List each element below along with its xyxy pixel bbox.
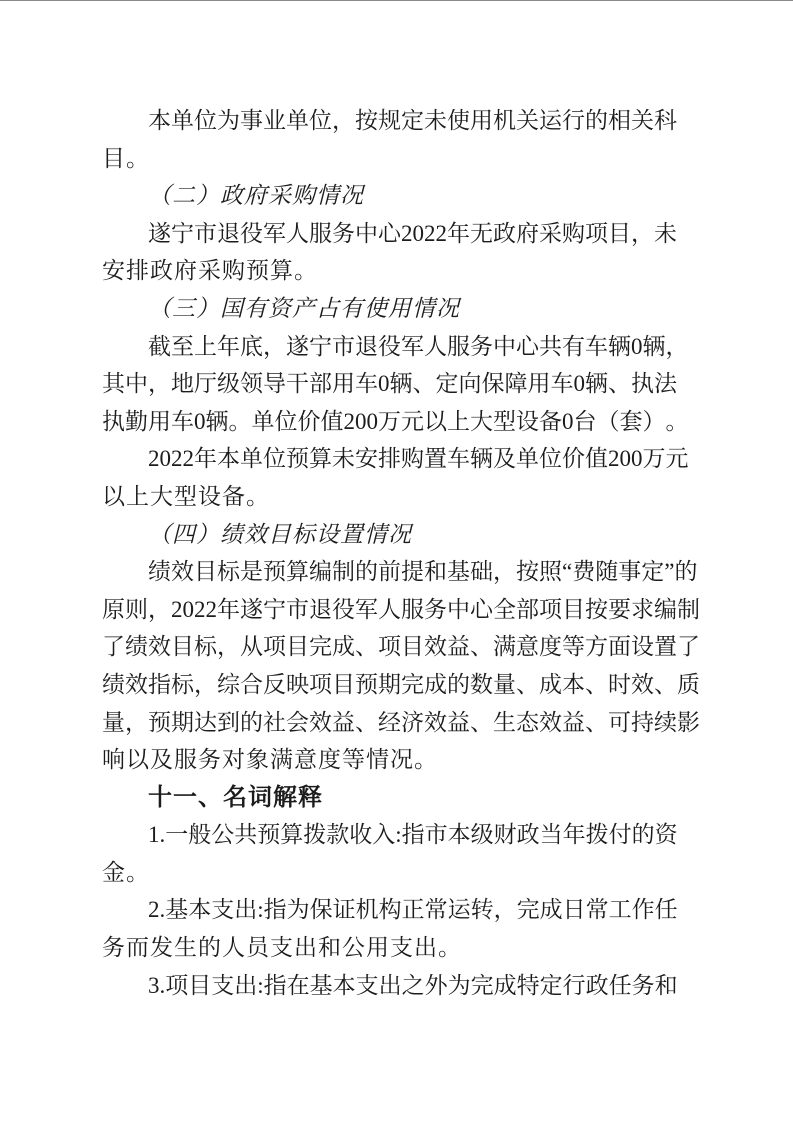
text-token: 车 <box>551 365 574 403</box>
text-token: 效 <box>125 666 148 704</box>
text-token: 指 <box>402 816 425 854</box>
page-top-edge <box>0 0 793 1</box>
text-token: 预 <box>286 440 309 478</box>
text-line: 3.项目支出:指在基本支出之外为完成特定行政任务和 <box>102 967 675 1005</box>
text-token: 资 <box>655 816 678 854</box>
text-token: 0 <box>378 365 390 403</box>
text-token: 厅 <box>194 365 217 403</box>
text-token: 单 <box>286 102 309 140</box>
text-token: 上 <box>447 403 470 441</box>
text-line: 金。 <box>102 854 675 892</box>
text-token: 合 <box>240 666 263 704</box>
text-token: 未 <box>654 215 677 253</box>
text-token: 按 <box>585 591 608 629</box>
text-token: 元 <box>401 403 424 441</box>
text-token: 位 <box>309 102 332 140</box>
text-token: 规 <box>378 102 401 140</box>
text-token: 项 <box>378 628 401 666</box>
text-token: 按 <box>516 553 539 591</box>
text-token: 态 <box>516 704 539 742</box>
text-token: 未 <box>332 440 355 478</box>
text-token: 基 <box>165 891 188 929</box>
text-token: 人 <box>286 215 309 253</box>
text-token: 当 <box>540 816 563 854</box>
text-token: 遂 <box>240 591 263 629</box>
text-token: 的 <box>447 666 470 704</box>
text-token: 辆 <box>390 365 413 403</box>
text-token: 市 <box>286 591 309 629</box>
text-token: 制 <box>677 591 700 629</box>
text-token: 款 <box>326 816 349 854</box>
text-line: 量，预期达到的社会效益、经济效益、生态效益、可持续影 <box>102 704 675 742</box>
text-token: 退 <box>309 591 332 629</box>
text-token: 定 <box>436 365 459 403</box>
text-token: 效 <box>631 666 654 704</box>
text-token: 项 <box>263 628 286 666</box>
text-line: 原则，2022年遂宁市退役军人服务中心全部项目按要求编制 <box>102 591 675 629</box>
text-token: 。 <box>666 403 689 441</box>
text-line: 截至上年底，遂宁市退役军人服务中心共有车辆0辆， <box>102 328 675 366</box>
text-token: ， <box>631 215 654 253</box>
text-token: 共 <box>234 816 257 854</box>
text-line: 以上大型设备。 <box>102 478 675 516</box>
text-token: 算 <box>286 553 309 591</box>
text-token: 役 <box>332 591 355 629</box>
text-token: 效 <box>539 704 562 742</box>
text-token: 任 <box>655 891 678 929</box>
text-token: 一 <box>165 816 188 854</box>
text-token: 完 <box>309 628 332 666</box>
text-token: 的 <box>240 704 263 742</box>
text-token: 为 <box>448 967 471 1005</box>
text-token: 之 <box>402 967 425 1005</box>
text-token: 从 <box>240 628 263 666</box>
text-token: 目 <box>608 215 631 253</box>
text-token: 宁 <box>263 591 286 629</box>
text-line: 了绩效目标，从项目完成、项目效益、满意度等方面设置了 <box>102 628 675 666</box>
text-token: 质 <box>677 666 700 704</box>
text-token: 务 <box>332 215 355 253</box>
text-token: 达 <box>194 704 217 742</box>
text-line: 安排政府采购预算。 <box>102 252 675 290</box>
text-token: 以 <box>424 403 447 441</box>
text-token: 万 <box>378 403 401 441</box>
text-token: 中 <box>493 328 516 366</box>
text-token: 级 <box>217 365 240 403</box>
text-token: 算 <box>309 440 332 478</box>
text-token: 要 <box>608 591 631 629</box>
text-token: 府 <box>516 215 539 253</box>
text-token: 价 <box>298 403 321 441</box>
text-token: 益 <box>332 704 355 742</box>
text-token: 保 <box>310 891 333 929</box>
text-token: 定 <box>540 967 563 1005</box>
text-token: 退 <box>217 215 240 253</box>
text-token: 成 <box>424 666 447 704</box>
text-token: 辆 <box>585 365 608 403</box>
text-token: 预 <box>257 816 280 854</box>
text-token: 勤 <box>125 403 148 441</box>
text-token: 求 <box>631 591 654 629</box>
text-token: 会 <box>286 704 309 742</box>
text-line: 其中，地厅级领导干部用车0辆、定向保障用车0辆、执法 <box>102 365 675 403</box>
text-token: 服 <box>401 591 424 629</box>
text-token: 中 <box>447 591 470 629</box>
text-token: 出 <box>379 967 402 1005</box>
text-token: “费 <box>562 553 595 591</box>
text-token: 基 <box>447 553 470 591</box>
text-token: 值 <box>585 440 608 478</box>
text-token: 设 <box>631 628 654 666</box>
text-token: 础 <box>470 553 493 591</box>
text-token: 底 <box>240 328 263 366</box>
text-token: 项 <box>309 666 332 704</box>
text-token: 作 <box>632 891 655 929</box>
text-token: 标 <box>171 666 194 704</box>
text-line: 遂宁市退役军人服务中心2022年无政府采购项目，未 <box>102 215 675 253</box>
text-token: 用 <box>470 102 493 140</box>
text-token: 遂 <box>286 328 309 366</box>
text-token: 级 <box>471 816 494 854</box>
text-token: 可 <box>608 704 631 742</box>
text-token: 效 <box>148 628 171 666</box>
text-token: 向 <box>459 365 482 403</box>
text-token: 本 <box>148 102 171 140</box>
text-token: 政 <box>493 215 516 253</box>
text-token: 拨 <box>586 816 609 854</box>
text-token: 时 <box>608 666 631 704</box>
text-token: 0 <box>194 403 206 441</box>
text-token: 随 <box>595 553 618 591</box>
text-token: 出 <box>234 967 257 1005</box>
text-line: （四）绩效目标设置情况 <box>102 516 675 554</box>
text-token: 项 <box>585 215 608 253</box>
text-token: 车 <box>585 328 608 366</box>
text-token: 是 <box>240 553 263 591</box>
text-token: 科 <box>654 102 677 140</box>
text-token: 目 <box>401 628 424 666</box>
text-token: 指 <box>264 967 287 1005</box>
text-token: 位 <box>263 440 286 478</box>
text-token: 、 <box>470 628 493 666</box>
text-token: 出 <box>234 891 257 929</box>
text-token: 部 <box>309 365 332 403</box>
text-token: ， <box>666 328 689 366</box>
text-token: ， <box>493 553 516 591</box>
text-token: 绩 <box>102 666 125 704</box>
text-token: 运 <box>539 102 562 140</box>
text-token: 年 <box>217 591 240 629</box>
text-token: 务 <box>424 591 447 629</box>
text-token: 效 <box>424 704 447 742</box>
text-token: 指 <box>148 666 171 704</box>
text-token: ， <box>148 591 171 629</box>
text-token: 续 <box>654 704 677 742</box>
text-token: 车 <box>447 440 470 478</box>
text-token: 和 <box>424 553 447 591</box>
text-token: 全 <box>493 591 516 629</box>
text-token: 关 <box>516 102 539 140</box>
text-token: 役 <box>240 215 263 253</box>
text-token: 效 <box>309 704 332 742</box>
text-token: 构 <box>379 891 402 929</box>
text-token: 年 <box>194 440 217 478</box>
text-token: 务 <box>632 967 655 1005</box>
text-token: 为 <box>217 102 240 140</box>
text-token: 关 <box>631 102 654 140</box>
text-token: 中 <box>355 215 378 253</box>
text-token: 完 <box>401 666 424 704</box>
text-token: 用 <box>528 365 551 403</box>
text-token: 反 <box>263 666 286 704</box>
text-token: 本 <box>188 891 211 929</box>
text-token: 单 <box>252 403 275 441</box>
text-token: 。 <box>229 403 252 441</box>
text-token: 般 <box>188 816 211 854</box>
text-token: 了 <box>677 628 700 666</box>
text-token: 日 <box>563 891 586 929</box>
text-token: 运 <box>448 891 471 929</box>
text-token: 编 <box>654 591 677 629</box>
text-line: 执勤用车0辆。单位价值200万元以上大型设备0台（套）。 <box>102 403 675 441</box>
text-token: 0 <box>631 328 643 366</box>
text-token: 目 <box>332 666 355 704</box>
text-token: 未 <box>424 102 447 140</box>
text-token: 万 <box>643 440 666 478</box>
text-token: 3. <box>148 967 165 1005</box>
text-token: 保 <box>482 365 505 403</box>
text-token: 正 <box>402 891 425 929</box>
text-token: 、 <box>585 704 608 742</box>
text-token: 在 <box>287 967 310 1005</box>
text-token: 目 <box>562 591 585 629</box>
text-token: 本 <box>562 666 585 704</box>
text-token: 的 <box>674 553 697 591</box>
text-token: ， <box>125 704 148 742</box>
text-token: 干 <box>286 365 309 403</box>
text-token: 特 <box>517 967 540 1005</box>
text-token: 照 <box>539 553 562 591</box>
text-token: 心 <box>378 215 401 253</box>
text-token: 公 <box>211 816 234 854</box>
text-token: 成 <box>332 628 355 666</box>
text-token: 心 <box>470 591 493 629</box>
text-token: 益 <box>447 628 470 666</box>
text-token: 服 <box>309 215 332 253</box>
text-token: 效 <box>424 628 447 666</box>
text-line: 目。 <box>102 140 675 178</box>
text-token: 使 <box>447 102 470 140</box>
text-token: 事 <box>240 102 263 140</box>
text-token: 辆 <box>470 440 493 478</box>
text-line: 十一、名词解释 <box>102 779 675 817</box>
text-token: 支 <box>211 967 234 1005</box>
text-token: 价 <box>562 440 585 478</box>
text-token: 目 <box>194 553 217 591</box>
text-line: 绩效目标是预算编制的前提和基础，按照“费随事定”的 <box>102 553 675 591</box>
text-token: 映 <box>286 666 309 704</box>
text-token: 完 <box>517 891 540 929</box>
text-token: 的 <box>585 102 608 140</box>
text-token: 完 <box>471 967 494 1005</box>
text-token: 标 <box>217 553 240 591</box>
text-token: 置 <box>654 628 677 666</box>
text-token: 车 <box>355 365 378 403</box>
text-token: 、 <box>654 666 677 704</box>
text-token: 到 <box>217 704 240 742</box>
text-token: 中 <box>125 365 148 403</box>
text-token: ， <box>263 328 286 366</box>
text-line: 2.基本支出:指为保证机构正常运转，完成日常工作任 <box>102 891 675 929</box>
text-token: 上 <box>194 328 217 366</box>
text-token: 、 <box>470 704 493 742</box>
text-token: 位 <box>194 102 217 140</box>
text-token: 定 <box>401 102 424 140</box>
text-token: 按 <box>355 102 378 140</box>
text-token: 成 <box>540 891 563 929</box>
text-token: 政 <box>517 816 540 854</box>
text-token: 2. <box>148 891 165 929</box>
text-line: 2022年本单位预算未安排购置车辆及单位价值200万元 <box>102 440 675 478</box>
text-token: 200 <box>608 440 643 478</box>
text-token: 本 <box>333 967 356 1005</box>
text-token: 安 <box>355 440 378 478</box>
text-token: 用 <box>332 365 355 403</box>
text-token: 务 <box>470 328 493 366</box>
text-token: 年 <box>217 328 240 366</box>
text-line: （二）政府采购情况 <box>102 177 675 215</box>
text-token: 综 <box>217 666 240 704</box>
text-token: 政 <box>586 967 609 1005</box>
text-token: ， <box>332 102 355 140</box>
text-token: 辆 <box>206 403 229 441</box>
text-token: 部 <box>516 591 539 629</box>
text-token: 定” <box>641 553 674 591</box>
text-token: 单 <box>516 440 539 478</box>
text-token: 财 <box>494 816 517 854</box>
text-token: 影 <box>677 704 700 742</box>
text-token: 大 <box>470 403 493 441</box>
text-token: 1. <box>148 816 165 854</box>
text-token: 无 <box>470 215 493 253</box>
text-token: 目 <box>171 628 194 666</box>
text-token: 成 <box>494 967 517 1005</box>
text-token: 益 <box>562 704 585 742</box>
text-token: 服 <box>447 328 470 366</box>
text-token: 置 <box>424 440 447 478</box>
text-token: 、 <box>355 628 378 666</box>
text-token: 机 <box>356 891 379 929</box>
page: { "page": { "background_color": "#ffffff… <box>0 0 793 1122</box>
text-token: 量 <box>493 666 516 704</box>
text-token: 外 <box>425 967 448 1005</box>
text-token: 军 <box>401 328 424 366</box>
text-token: 0 <box>562 403 574 441</box>
text-token: 车 <box>171 403 194 441</box>
text-token: 本 <box>217 440 240 478</box>
text-line: 1.一般公共预算拨款收入:指市本级财政当年拨付的资 <box>102 816 675 854</box>
text-token: 备 <box>539 403 562 441</box>
text-token: 经 <box>378 704 401 742</box>
text-token: 为 <box>287 891 310 929</box>
text-token: ， <box>494 891 517 929</box>
text-token: 截 <box>148 328 171 366</box>
text-token: 益 <box>447 704 470 742</box>
text-token: 、 <box>516 666 539 704</box>
text-token: 项 <box>539 591 562 629</box>
text-token: 、 <box>608 365 631 403</box>
text-token: 等 <box>562 628 585 666</box>
text-token: 支 <box>211 891 234 929</box>
text-token: 预 <box>355 666 378 704</box>
text-token: 单 <box>171 102 194 140</box>
text-token: 度 <box>539 628 562 666</box>
text-token: 绩 <box>125 628 148 666</box>
text-token: 付 <box>609 816 632 854</box>
text-token: 相 <box>608 102 631 140</box>
text-token: 社 <box>263 704 286 742</box>
text-token: 、 <box>413 365 436 403</box>
text-token: 元 <box>666 440 689 478</box>
text-token: 则 <box>125 591 148 629</box>
text-token: 的 <box>355 553 378 591</box>
text-token: 目 <box>188 967 211 1005</box>
text-token: 事 <box>618 553 641 591</box>
text-token: 期 <box>171 704 194 742</box>
text-line: 本单位为事业单位，按规定未使用机关运行的相关科 <box>102 102 675 140</box>
text-token: 宁 <box>171 215 194 253</box>
text-token: 制 <box>332 553 355 591</box>
text-token: 辆 <box>608 328 631 366</box>
text-token: 量 <box>102 704 125 742</box>
text-line: 务而发生的人员支出和公用支出。 <box>102 929 675 967</box>
text-token: 入 <box>372 816 395 854</box>
text-token: 军 <box>355 591 378 629</box>
text-token: ， <box>194 666 217 704</box>
text-token: 有 <box>562 328 585 366</box>
text-token: 成 <box>539 666 562 704</box>
text-token: 证 <box>333 891 356 929</box>
text-token: 行 <box>562 102 585 140</box>
document-body: 本单位为事业单位，按规定未使用机关运行的相关科目。（二）政府采购情况遂宁市退役军… <box>102 102 675 1004</box>
text-token: 地 <box>171 365 194 403</box>
text-token: 面 <box>608 628 631 666</box>
text-token: 宁 <box>309 328 332 366</box>
text-token: 意 <box>516 628 539 666</box>
text-token: 人 <box>424 328 447 366</box>
text-token: 期 <box>378 666 401 704</box>
text-token: 台 <box>574 403 597 441</box>
text-token: 值 <box>321 403 344 441</box>
text-token: 标 <box>194 628 217 666</box>
text-token: 其 <box>102 365 125 403</box>
text-token: 的 <box>632 816 655 854</box>
text-token: 2022 <box>171 591 217 629</box>
text-token: 型 <box>493 403 516 441</box>
text-token: 编 <box>309 553 332 591</box>
text-token: 算 <box>280 816 303 854</box>
text-token: 200 <box>344 403 379 441</box>
text-token: ） <box>643 403 666 441</box>
text-token: 前 <box>378 553 401 591</box>
text-token: 满 <box>493 628 516 666</box>
text-token: 遂 <box>148 215 171 253</box>
text-token: 绩 <box>148 553 171 591</box>
text-token: 设 <box>516 403 539 441</box>
text-token: 了 <box>102 628 125 666</box>
text-token: 市 <box>194 215 217 253</box>
text-token: 年 <box>563 816 586 854</box>
